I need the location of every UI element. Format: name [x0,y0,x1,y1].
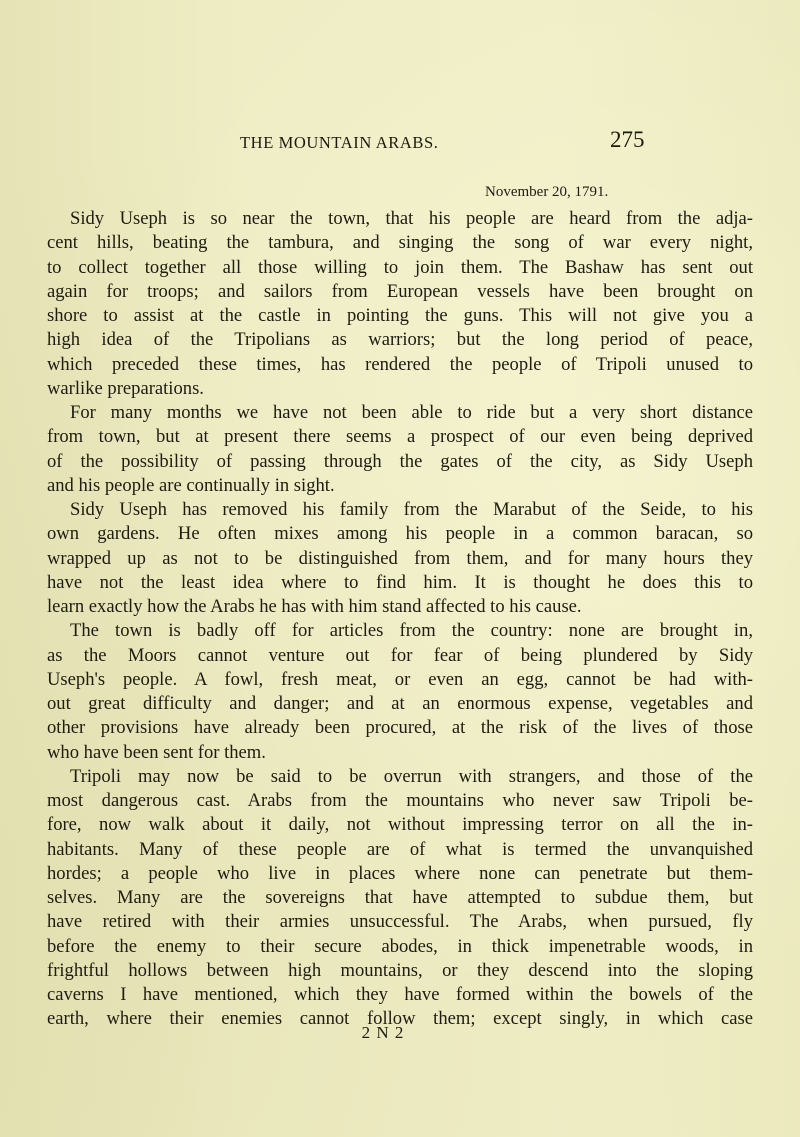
text-line: have retired with their armies unsuccess… [47,910,753,934]
text-line: of the possibility of passing through th… [47,450,753,474]
body-text: Sidy Useph is so near the town, that his… [47,207,753,1032]
text-line: Sidy Useph has removed his family from t… [47,498,753,522]
text-line: again for troops; and sailors from Europ… [47,280,753,304]
text-line: from town, but at present there seems a … [47,425,753,449]
text-line: hordes; a people who live in places wher… [47,862,753,886]
text-line: fore, now walk about it daily, not witho… [47,813,753,837]
text-line: habitants. Many of these people are of w… [47,838,753,862]
text-line: cent hills, beating the tambura, and sin… [47,231,753,255]
book-page: THE MOUNTAIN ARABS. 275 November 20, 179… [0,0,800,1137]
signature-mark: 2 N 2 [0,1023,800,1043]
text-line: shore to assist at the castle in pointin… [47,304,753,328]
page-number: 275 [610,127,645,153]
text-line: high idea of the Tripolians as warriors;… [47,328,753,352]
text-line: have not the least idea where to find hi… [47,571,753,595]
text-line: which preceded these times, has rendered… [47,353,753,377]
text-line: as the Moors cannot venture out for fear… [47,644,753,668]
text-line: The town is badly off for articles from … [47,619,753,643]
text-line: before the enemy to their secure abodes,… [47,935,753,959]
signature-mark-text: 2 N 2 [362,1023,405,1042]
running-head: THE MOUNTAIN ARABS. 275 [0,127,800,157]
text-line: Useph's people. A fowl, fresh meat, or e… [47,668,753,692]
letter-dateline: November 20, 1791. [485,184,608,201]
text-line: out great difficulty and danger; and at … [47,692,753,716]
text-line: warlike preparations. [47,377,753,401]
text-line: learn exactly how the Arabs he has with … [47,595,753,619]
text-line: who have been sent for them. [47,741,753,765]
running-title: THE MOUNTAIN ARABS. [240,133,438,153]
text-line: caverns I have mentioned, which they hav… [47,983,753,1007]
text-line: Tripoli may now be said to be overrun wi… [47,765,753,789]
text-line: wrapped up as not to be distinguished fr… [47,547,753,571]
text-line: own gardens. He often mixes among his pe… [47,522,753,546]
text-line: and his people are continually in sight. [47,474,753,498]
text-line: For many months we have not been able to… [47,401,753,425]
text-line: selves. Many are the sovereigns that hav… [47,886,753,910]
text-line: most dangerous cast. Arabs from the moun… [47,789,753,813]
text-line: frightful hollows between high mountains… [47,959,753,983]
text-line: other provisions have already been procu… [47,716,753,740]
text-line: to collect together all those willing to… [47,256,753,280]
text-line: Sidy Useph is so near the town, that his… [47,207,753,231]
